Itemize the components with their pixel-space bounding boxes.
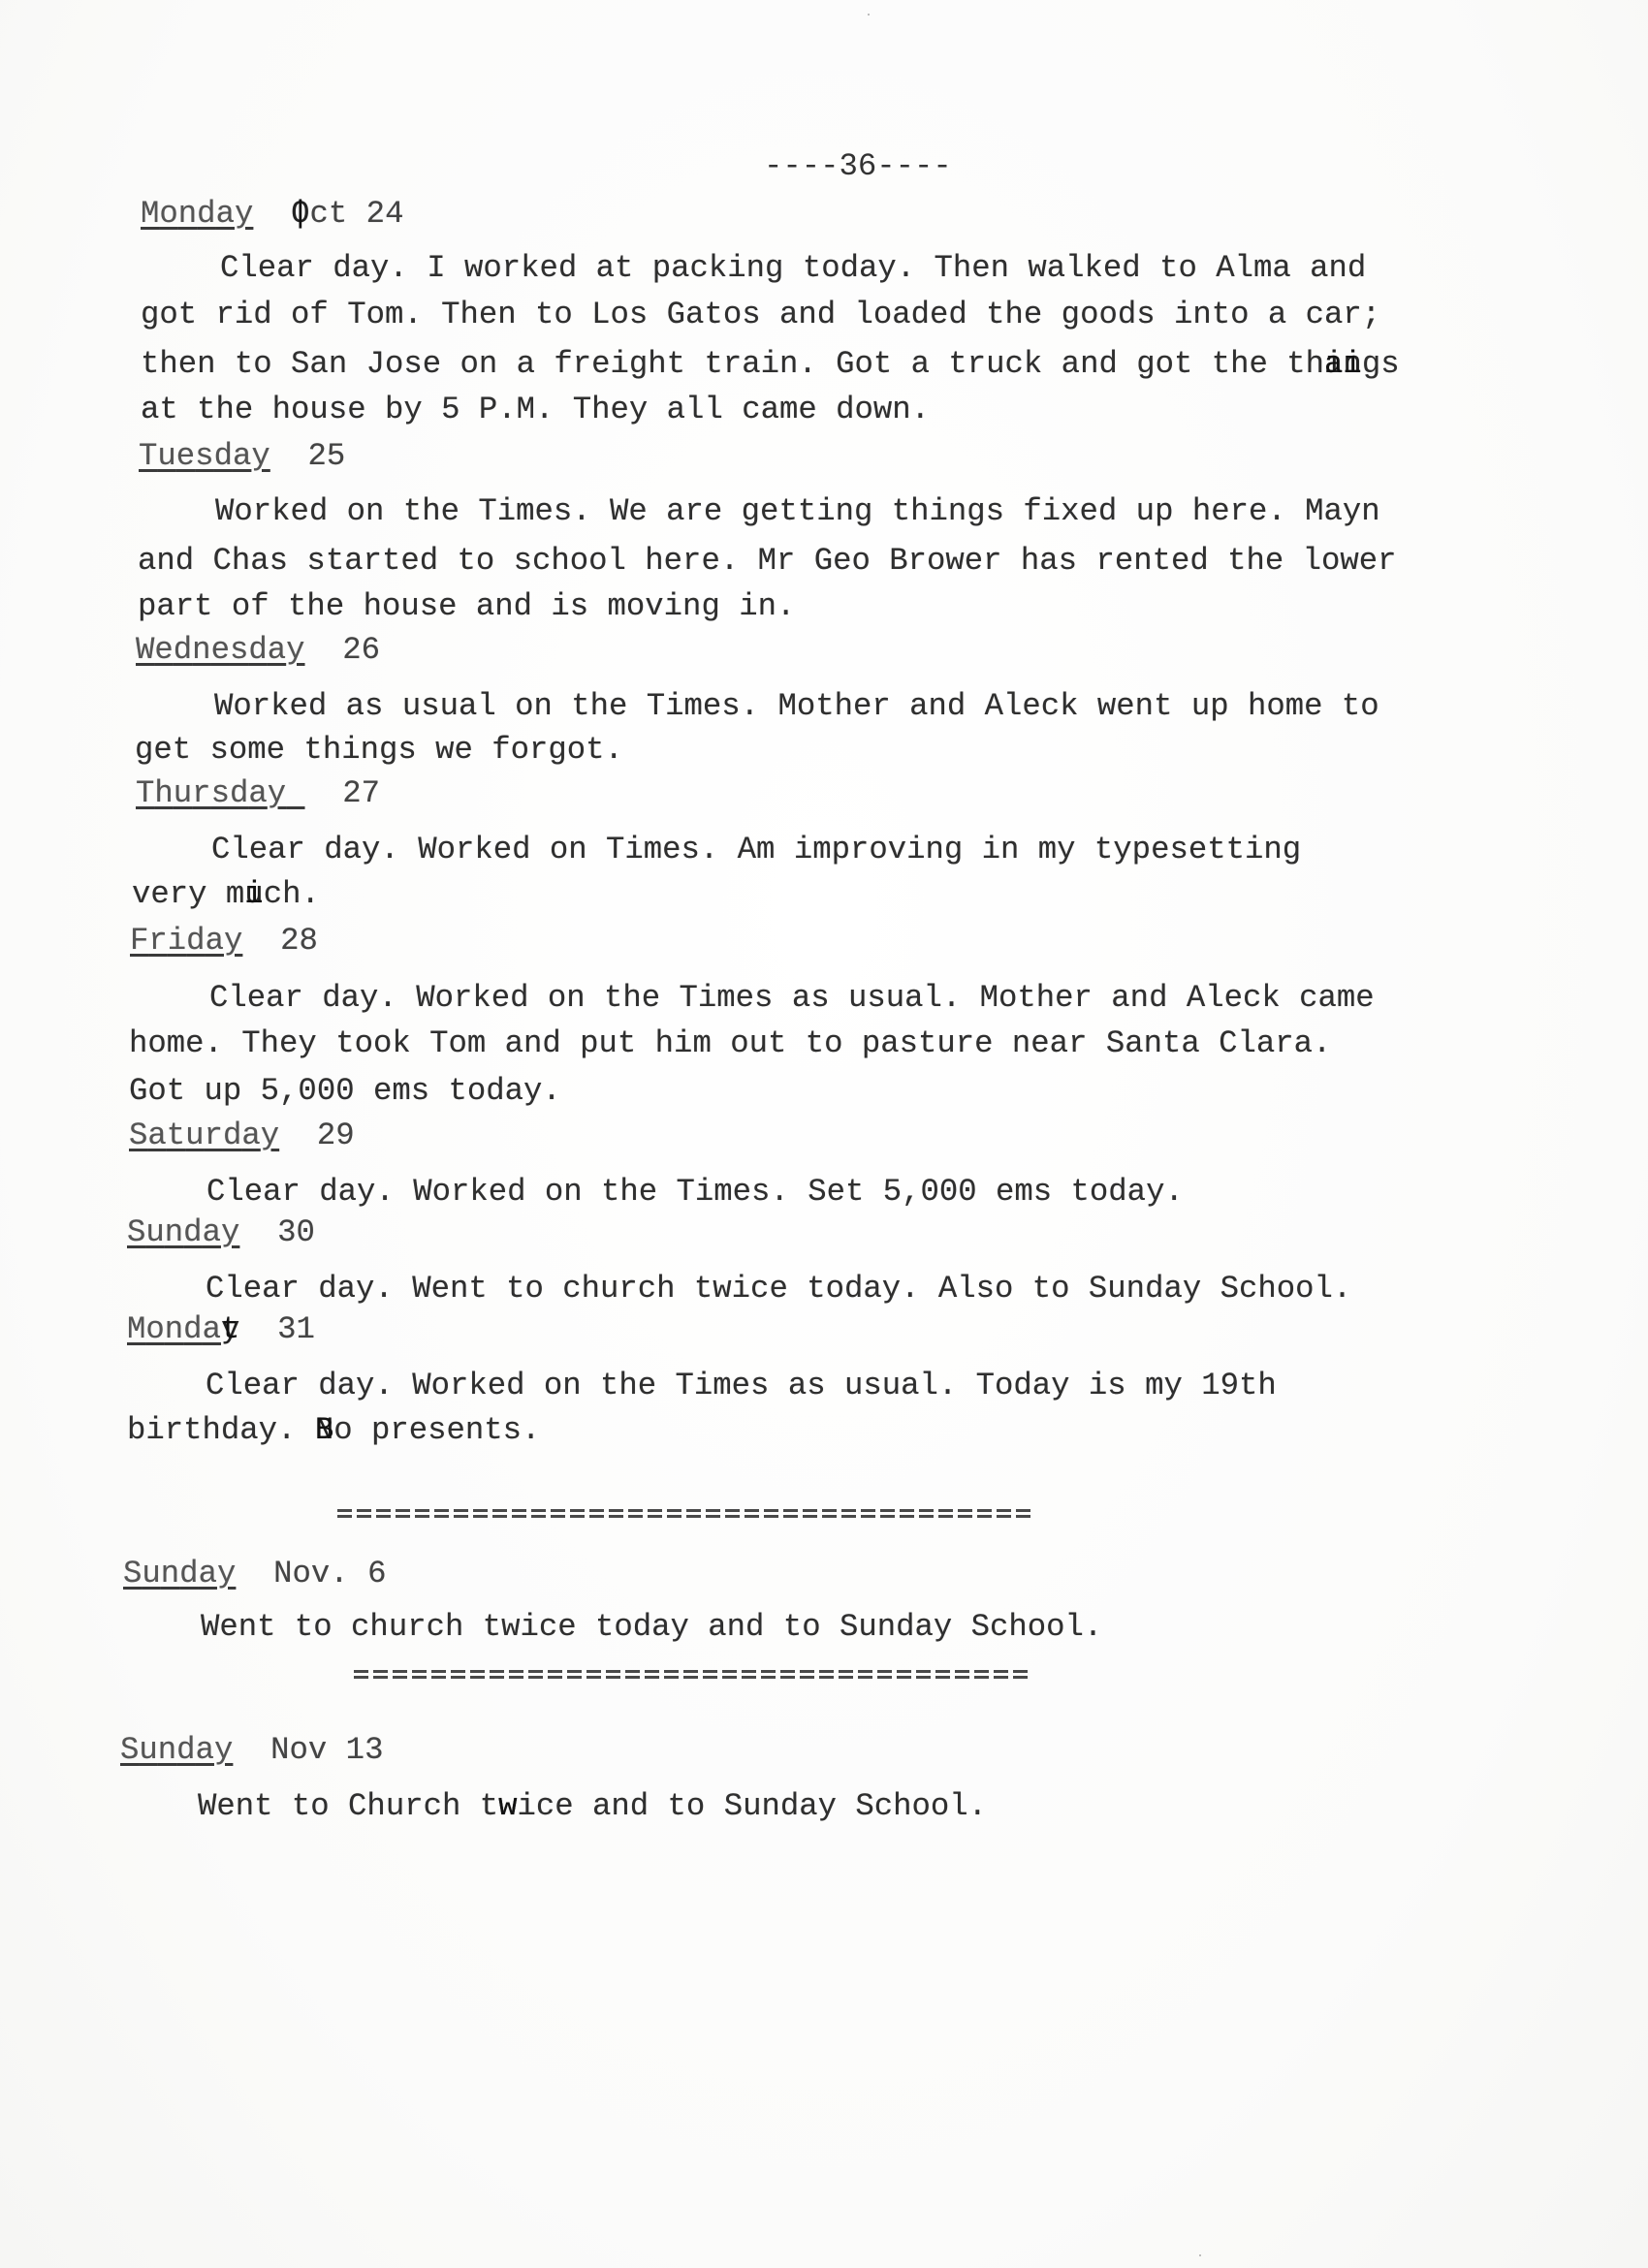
entry-day: Thursday	[136, 775, 305, 811]
overstrike-correction: NB	[315, 1415, 333, 1446]
entry-heading: Thursday 27	[136, 778, 380, 809]
entry-line: then to San Jose on a freight train. Got…	[141, 349, 1400, 380]
entry-day: Sunday	[120, 1732, 233, 1768]
entry-line: birthday. NBo presents.	[127, 1415, 540, 1446]
entry-line: Worked as usual on the Times. Mother and…	[214, 691, 1379, 722]
paper-speck	[1199, 2254, 1201, 2256]
typed-diary-page: ----36---- Monday O|ct 24 Clear day. I w…	[0, 0, 1648, 2268]
entry-heading: Sunday Nov 13	[120, 1735, 383, 1766]
entry-line: Clear day. Worked on the Times. Set 5,00…	[206, 1177, 1184, 1208]
entry-date: Nov 13	[270, 1732, 383, 1768]
entry-line: Got up 5,000 ems today.	[129, 1076, 561, 1107]
overstrike-correction: yt	[221, 1314, 239, 1345]
entry-line: got rid of Tom. Then to Los Gatos and lo…	[141, 299, 1380, 331]
entry-line: Clear day. I worked at packing today. Th…	[220, 253, 1366, 284]
overstrike-correction: ww	[498, 1791, 517, 1822]
entry-date: Nov. 6	[273, 1556, 386, 1591]
entry-day: Mondayt	[127, 1311, 239, 1347]
entry-line: at the house by 5 P.M. They all came dow…	[141, 394, 930, 425]
entry-line: Clear day. Worked on the Times as usual.…	[209, 983, 1375, 1014]
overstrike-correction: ia	[1324, 349, 1343, 380]
entry-date: O|ct 24	[291, 196, 403, 232]
entry-heading: Mondayt 31	[127, 1314, 315, 1345]
entry-day: Sunday	[123, 1556, 236, 1591]
entry-line: Went to Church twwice and to Sunday Scho…	[198, 1791, 987, 1822]
entry-heading: Wednesday 26	[136, 635, 380, 666]
entry-line: Clear day. Went to church twice today. A…	[206, 1274, 1351, 1305]
section-separator	[337, 1509, 1030, 1519]
section-separator	[354, 1670, 1030, 1680]
entry-date: 29	[317, 1118, 355, 1153]
overstrike-correction: ni	[1343, 349, 1361, 380]
entry-day: Saturday	[129, 1118, 279, 1153]
entry-heading: Sunday 30	[127, 1217, 315, 1248]
entry-line: and Chas started to school here. Mr Geo …	[138, 546, 1397, 577]
entry-heading: Saturday 29	[129, 1120, 355, 1151]
entry-line: part of the house and is moving in.	[138, 591, 795, 622]
entry-day: Wednesday	[136, 632, 305, 668]
overstrike-correction: O|	[291, 199, 309, 230]
entry-line: Clear day. Worked on Times. Am improving…	[211, 835, 1301, 866]
entry-heading: Tuesday 25	[139, 441, 345, 472]
entry-heading: Friday 28	[130, 926, 318, 957]
entry-line: Worked on the Times. We are getting thin…	[215, 496, 1380, 527]
entry-date: 27	[342, 775, 380, 811]
entry-date: 28	[280, 923, 318, 959]
paper-speck	[868, 14, 870, 16]
entry-heading: Monday O|ct 24	[141, 199, 403, 230]
entry-heading: Sunday Nov. 6	[123, 1559, 386, 1590]
entry-day: Friday	[130, 923, 242, 959]
entry-line: home. They took Tom and put him out to p…	[129, 1028, 1331, 1059]
entry-date: 31	[277, 1311, 315, 1347]
entry-day: Sunday	[127, 1214, 239, 1250]
entry-line: Clear day. Worked on the Times as usual.…	[206, 1370, 1277, 1402]
entry-line: get some things we forgot.	[135, 735, 623, 766]
entry-day: Monday	[141, 196, 253, 232]
entry-line: Went to church twice today and to Sunday…	[201, 1612, 1102, 1643]
entry-date: 30	[277, 1214, 315, 1250]
entry-line: very muich.	[132, 879, 320, 910]
entry-day: Tuesday	[139, 438, 270, 474]
entry-date: 26	[342, 632, 380, 668]
overstrike-correction: ui	[244, 879, 263, 910]
entry-date: 25	[308, 438, 346, 474]
page-number: ----36----	[764, 151, 952, 182]
